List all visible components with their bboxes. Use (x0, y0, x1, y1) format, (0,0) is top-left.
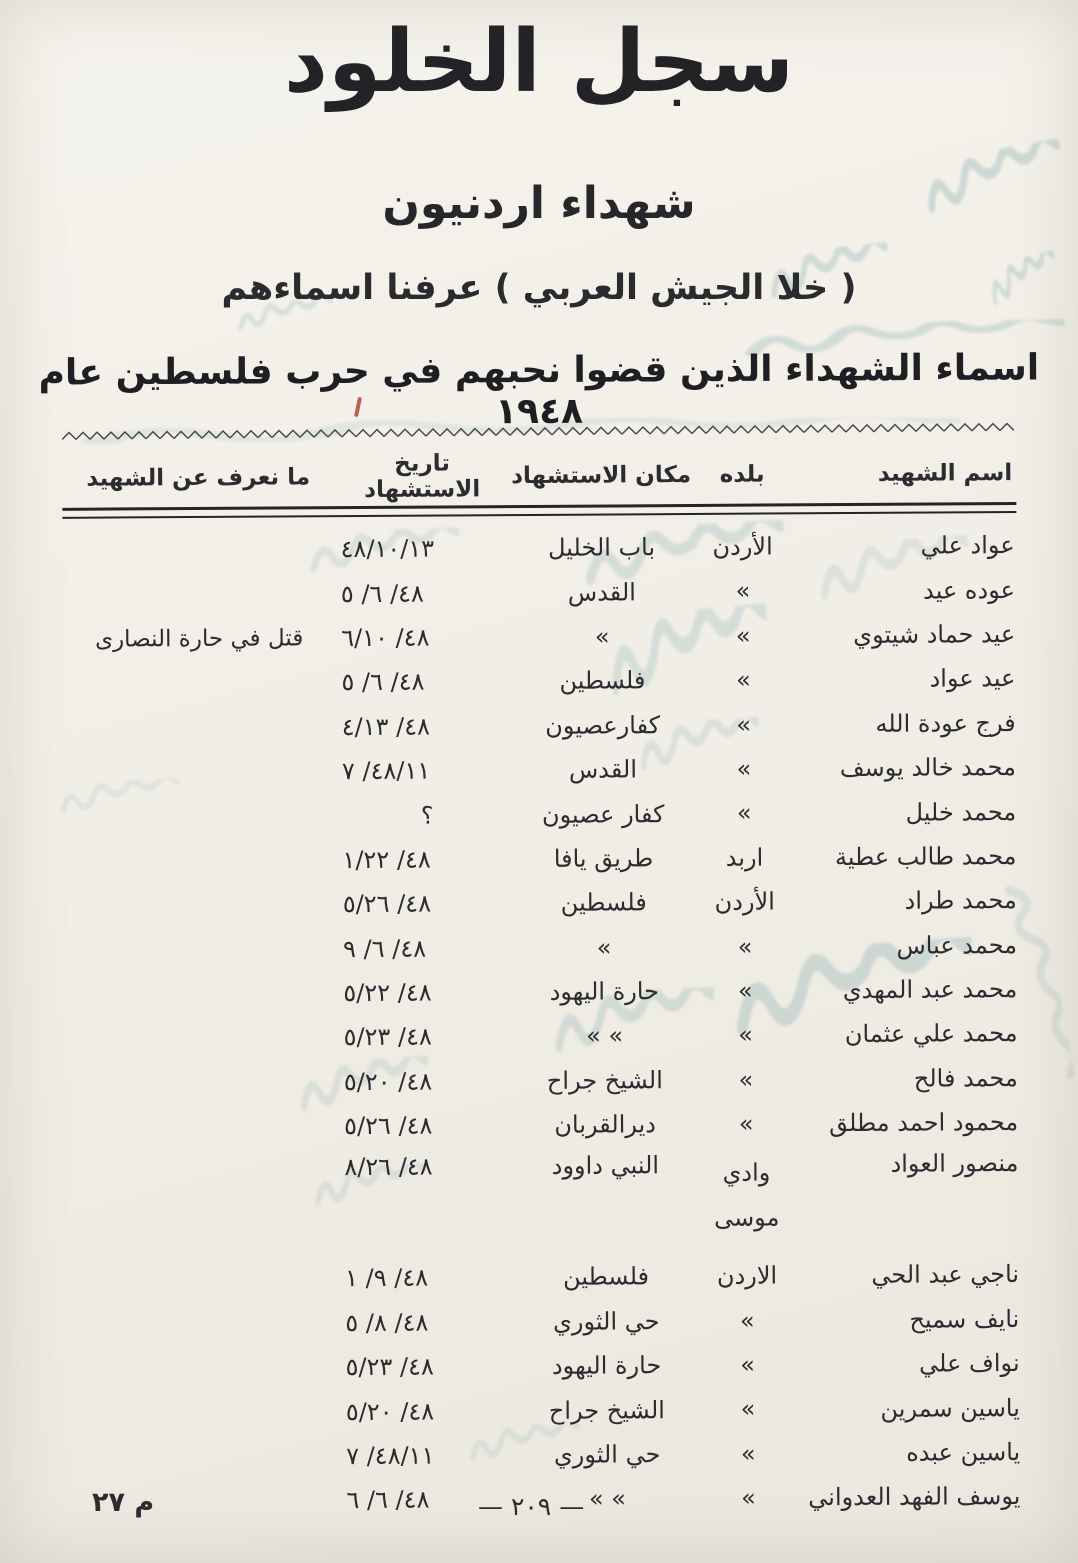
cell-place: طريق يافا (512, 844, 694, 873)
table-row: محمد طرادالأردنفلسطين٤٨/ ٥/٢٦ (65, 878, 1019, 928)
table-row: نواف علي»حارة اليهود٤٨/ ٥/٢٣ (67, 1341, 1021, 1391)
cell-notes (63, 582, 335, 607)
cell-town: » (695, 1013, 795, 1058)
cell-name: عوده عيد (793, 576, 1017, 605)
cell-town: » (698, 1476, 798, 1521)
cell-town: اربد (694, 835, 794, 880)
cell-place: فلسطين (513, 888, 695, 917)
table-body: عواد عليالأردنباب الخليل٤٨/١٠/١٣عوده عيد… (62, 513, 1022, 1524)
cell-date: ٤٨/ ٥/٢٠ (338, 1067, 514, 1096)
scanned-document-page: سجل الخلود شهداء اردنيون ( خلا الجيش الع… (0, 0, 1078, 1563)
cell-town: » (697, 1342, 797, 1387)
cell-town: » (694, 791, 794, 836)
table-row: ناجي عبد الحيالاردنفلسطين٤٨/ ٩/ ١ (67, 1252, 1021, 1302)
cell-name: محمد فالح (796, 1064, 1020, 1093)
cell-town: » (697, 1298, 797, 1343)
cell-notes (64, 760, 336, 785)
footer-print-mark: م ٢٧ (92, 1487, 154, 1518)
cell-date: ٤٨/١١/ ٧ (336, 756, 512, 785)
cell-town: الاردن (697, 1254, 797, 1299)
table-row: محمد علي عثمان»» »٤٨/ ٥/٢٣ (65, 1011, 1019, 1061)
column-header-notes: ما نعرف عن الشهيد (62, 464, 334, 492)
table-header-row: اسم الشهيد بلده مكان الاستشهاد تاريخ الا… (62, 447, 1016, 505)
cell-name: عيد عواد (793, 664, 1017, 693)
cell-name: محمد عباس (795, 931, 1019, 960)
cell-notes (68, 1400, 340, 1425)
cell-place: » (511, 622, 693, 651)
table-row: عيد حماد شيتوي»»٤٨/ ٦/١٠قتل في حارة النص… (63, 612, 1017, 662)
cell-place: الشيخ جراح (514, 1066, 696, 1095)
cell-name: محمد عبد المهدي (795, 975, 1019, 1004)
cell-place: » (513, 933, 695, 962)
table-row: محمد عباس»»٤٨/ ٦/ ٩ (65, 923, 1019, 973)
cell-place: حارة اليهود (516, 1351, 698, 1380)
cell-name: ياسين سمرين (798, 1394, 1022, 1423)
cell-name: محمد علي عثمان (796, 1019, 1020, 1048)
table-row: منصور العوادوادي موسىالنبي داوود٤٨/ ٨/٢٦ (66, 1144, 1021, 1244)
cell-name: ناجي عبد الحي (797, 1260, 1021, 1289)
cell-place: حي الثوري (515, 1307, 697, 1336)
cell-place: باب الخليل (511, 533, 693, 562)
cell-notes (65, 937, 337, 962)
cell-notes (65, 893, 337, 918)
table-row: ياسين سمرين»الشيخ جراح٤٨/ ٥/٢٠ (68, 1385, 1022, 1435)
cell-notes (66, 1115, 338, 1140)
table-row: محمود احمد مطلق»ديرالقربان٤٨/ ٥/٢٦ (66, 1100, 1020, 1150)
table-row: عواد عليالأردنباب الخليل٤٨/١٠/١٣ (62, 523, 1016, 573)
cell-notes: قتل في حارة النصارى (63, 625, 335, 653)
table-row: عوده عيد»القدس٤٨/ ٦/ ٥ (63, 567, 1017, 617)
cell-date: ٤٨/ ٥/٢٢ (337, 978, 513, 1007)
table-row: محمد فالح»الشيخ جراح٤٨/ ٥/٢٠ (66, 1056, 1020, 1106)
cell-name: ياسين عبده (798, 1438, 1022, 1467)
cell-date: ٤٨/ ٥/٢٠ (340, 1397, 516, 1426)
cell-date: ٤٨/ ٨/ ٥ (339, 1308, 515, 1337)
cell-notes (67, 1267, 339, 1292)
table-row: عيد عواد»فلسطين٤٨/ ٦/ ٥ (63, 656, 1017, 706)
cell-town: » (696, 1057, 796, 1102)
cell-town: الأردن (692, 524, 792, 569)
cell-notes (66, 1071, 338, 1096)
table-row: فرج عودة الله»كفارعصيون٤٨/ ٤/١٣ (64, 701, 1018, 751)
cell-place: القدس (512, 755, 694, 784)
cell-place: فلسطين (515, 1262, 697, 1291)
cell-town: » (693, 613, 793, 658)
table-row: محمد خليل»كفار عصيون؟ (64, 789, 1018, 839)
cell-place: كفارعصيون (512, 711, 694, 740)
cell-place: فلسطين (511, 666, 693, 695)
cell-date: ٤٨/ ٦/ ٩ (337, 934, 513, 963)
cell-name: فرج عودة الله (794, 709, 1018, 738)
page-subtitle: شهداء اردنيون (0, 178, 1078, 229)
cell-name: محمود احمد مطلق (796, 1108, 1020, 1137)
page-title: سجل الخلود (0, 12, 1078, 112)
cell-town: » (693, 569, 793, 614)
cell-notes (68, 1445, 340, 1470)
cell-name: عواد علي (793, 531, 1017, 560)
cell-name: عيد حماد شيتوي (793, 620, 1017, 649)
cell-place: ديرالقربان (514, 1110, 696, 1139)
cell-place: الشيخ جراح (516, 1396, 698, 1425)
cell-town: » (694, 746, 794, 791)
page-number: — ٢٠٩ — (478, 1492, 584, 1521)
cell-town: » (693, 658, 793, 703)
table-row: ياسين عبده»حي الثوري٤٨/١١/ ٧ (68, 1430, 1022, 1480)
cell-place: حي الثوري (516, 1440, 698, 1469)
table-row: نايف سميح»حي الثوري٤٨/ ٨/ ٥ (67, 1297, 1021, 1347)
table-row: محمد خالد يوسف»القدس٤٨/١١/ ٧ (64, 745, 1018, 795)
cell-place: القدس (511, 578, 693, 607)
cell-date: ٤٨/١١/ ٧ (340, 1441, 516, 1470)
table-row: محمد عبد المهدي»حارة اليهود٤٨/ ٥/٢٢ (65, 967, 1019, 1017)
cell-place: النبي داوود (514, 1146, 696, 1180)
cell-place: حارة اليهود (513, 977, 695, 1006)
martyrs-table: اسم الشهيد بلده مكان الاستشهاد تاريخ الا… (62, 447, 1023, 1524)
table-row: محمد طالب عطيةاربدطريق يافا٤٨/ ١/٢٢ (64, 834, 1018, 884)
cell-town: » (695, 924, 795, 969)
cell-town: » (694, 702, 794, 747)
cell-name: منصور العواد (796, 1144, 1020, 1178)
cell-town: الأردن (695, 879, 795, 924)
cell-name: محمد طراد (795, 886, 1019, 915)
cell-date: ٤٨/ ٦/١٠ (335, 623, 511, 652)
cell-date: ٤٨/ ٨/٢٦ (338, 1148, 514, 1182)
cell-town: » (695, 968, 795, 1013)
cell-place: » » (514, 1021, 696, 1050)
column-header-name: اسم الشهيد (792, 460, 1016, 487)
cell-notes (63, 538, 335, 563)
cell-place: كفار عصيون (512, 800, 694, 829)
column-header-date: تاريخ الاستشهاد (334, 450, 510, 503)
cell-notes (63, 671, 335, 696)
cell-date: ٤٨/ ٦/ ٥ (335, 667, 511, 696)
cell-date: ٤٨/ ١/٢٢ (336, 845, 512, 874)
column-header-town: بلده (692, 461, 792, 488)
cell-date: ٤٨/ ٤/١٣ (336, 712, 512, 741)
cell-notes (66, 1026, 338, 1051)
page-subnote: ( خلا الجيش العربي ) عرفنا اسماءهم (0, 268, 1078, 308)
cell-date: ٤٨/ ٥/٢٦ (337, 889, 513, 918)
cell-name: نواف علي (798, 1349, 1022, 1378)
cell-date: ٤٨/ ٥/٢٣ (338, 1023, 514, 1052)
cell-notes (67, 1311, 339, 1336)
cell-notes (64, 804, 336, 829)
cell-name: محمد خليل (794, 798, 1018, 827)
cell-name: يوسف الفهد العدواني (798, 1482, 1022, 1511)
cell-date: ؟ (336, 801, 512, 830)
cell-town: » (698, 1387, 798, 1432)
cell-name: نايف سميح (797, 1305, 1021, 1334)
cell-notes (68, 1356, 340, 1381)
column-header-place: مكان الاستشهاد (510, 462, 692, 489)
cell-date: ٤٨/ ٥/٢٣ (340, 1352, 516, 1381)
cell-date: ٤٨/ ٦/ ٥ (335, 579, 511, 608)
cell-notes (66, 1149, 338, 1179)
cell-date: ٤٨/١٠/١٣ (335, 534, 511, 563)
cell-notes (65, 982, 337, 1007)
cell-notes (64, 849, 336, 874)
cell-name: محمد خالد يوسف (794, 753, 1018, 782)
cell-name: محمد طالب عطية (794, 842, 1018, 871)
cell-town: » (698, 1431, 798, 1476)
cell-town: وادي موسى (696, 1146, 797, 1240)
cell-town: » (696, 1101, 796, 1146)
cell-date: ٤٨/ ٥/٢٦ (338, 1111, 514, 1140)
cell-date: ٤٨/ ٩/ ١ (339, 1264, 515, 1293)
cell-notes (64, 715, 336, 740)
